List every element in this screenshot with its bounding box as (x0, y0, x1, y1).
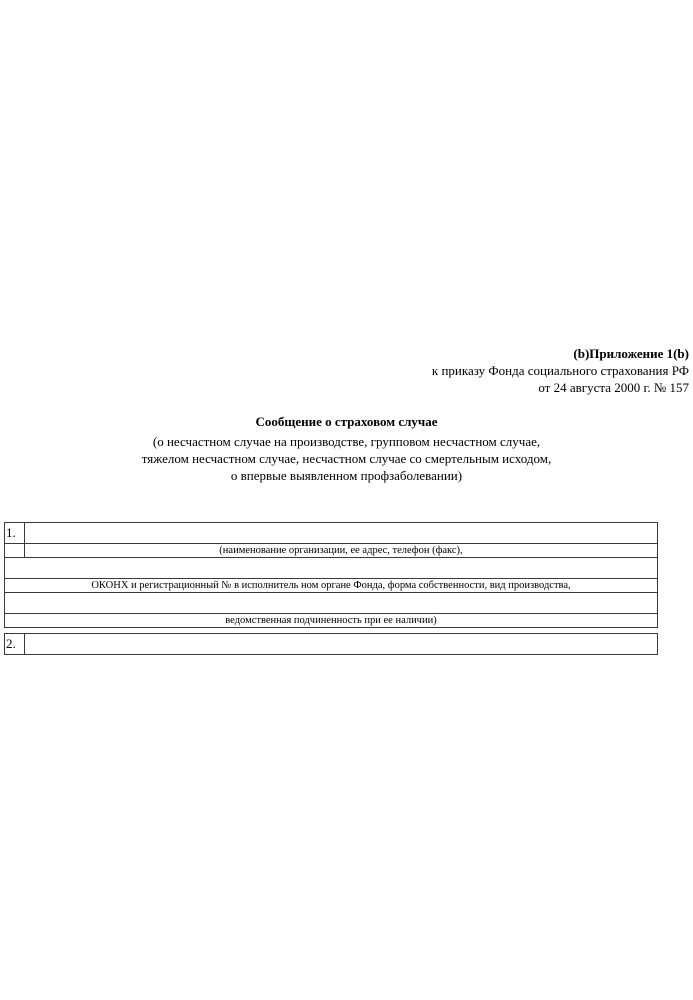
org-name-field[interactable] (25, 523, 658, 544)
section-2-field[interactable] (25, 634, 658, 655)
subordination-field[interactable] (5, 593, 658, 614)
form-section-2: 2. (4, 633, 658, 655)
section-2-row: 2. (5, 634, 658, 655)
document-header: (b)Приложение 1(b) к приказу Фонда социа… (432, 345, 689, 396)
okonh-caption: ОКОНХ и регистрационный № в исполнитель … (5, 579, 658, 593)
subtitle-line-2: тяжелом несчастном случае, несчастном сл… (0, 450, 693, 467)
section-number: 2. (5, 634, 25, 655)
section-number: 1. (5, 523, 25, 544)
order-date: от 24 августа 2000 г. № 157 (432, 379, 689, 396)
okonh-row (5, 558, 658, 579)
okonh-caption-row: ОКОНХ и регистрационный № в исполнитель … (5, 579, 658, 593)
okonh-field[interactable] (5, 558, 658, 579)
org-name-row: 1. (5, 523, 658, 544)
subordination-caption: ведомственная подчиненность при ее налич… (5, 614, 658, 628)
subtitle-line-1: (о несчастном случае на производстве, гр… (0, 433, 693, 450)
order-reference: к приказу Фонда социального страхования … (432, 362, 689, 379)
subtitle-line-3: о впервые выявленном профзаболевании) (0, 467, 693, 484)
org-name-caption: (наименование организации, ее адрес, тел… (25, 544, 658, 558)
document-title: Сообщение о страховом случае (0, 413, 693, 430)
form-section-1: 1. (наименование организации, ее адрес, … (4, 522, 658, 628)
org-name-caption-row: (наименование организации, ее адрес, тел… (5, 544, 658, 558)
appendix-label: (b)Приложение 1(b) (432, 345, 689, 362)
document-title-block: Сообщение о страховом случае (о несчастн… (0, 413, 693, 484)
subordination-caption-row: ведомственная подчиненность при ее налич… (5, 614, 658, 628)
subordination-row (5, 593, 658, 614)
caption-spacer (5, 544, 25, 558)
